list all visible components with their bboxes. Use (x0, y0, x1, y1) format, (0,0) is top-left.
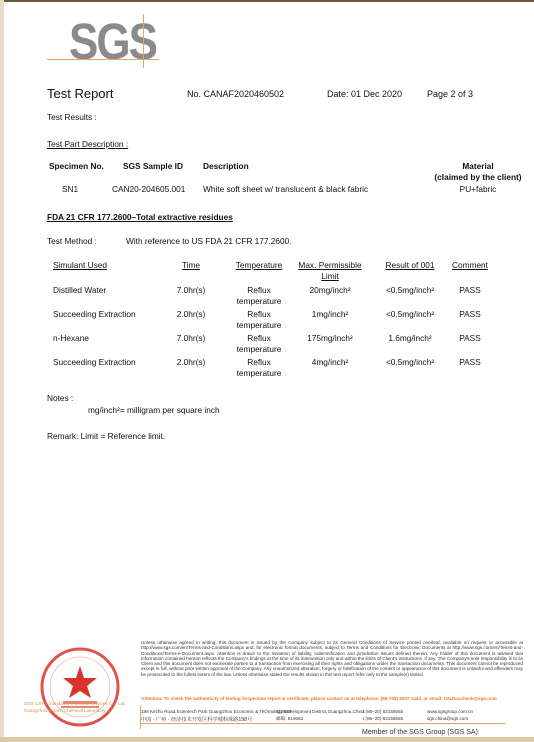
sgs-group-membership: Member of the SGS Group (SGS SA) (362, 729, 478, 736)
test-part-description-heading: Test Part Description : (47, 139, 128, 149)
cell-temperature-cont: temperature (223, 344, 295, 354)
cell-temperature: Reflux (223, 285, 295, 295)
cell-simulant: Distilled Water (53, 285, 106, 295)
test-results-label: Test Results : (47, 112, 97, 122)
header-comment: Comment (440, 260, 500, 270)
sample-description: White soft sheet w/ translucent & black … (203, 184, 368, 194)
cell-result: <0.5mg/inch² (371, 309, 449, 319)
header-simulant: Simulant Used (53, 260, 107, 270)
telephone-1: t (86–20) 82155555 (363, 709, 403, 714)
test-method-value: With reference to US FDA 21 CFR 177.2600… (126, 236, 292, 246)
cell-simulant: Succeeding Extraction (53, 357, 136, 367)
page-indicator: Page 2 of 3 (427, 89, 473, 99)
cell-comment: PASS (440, 309, 500, 319)
cell-temperature: Reflux (223, 357, 295, 367)
report-title: Test Report (47, 86, 113, 101)
header-specimen-no: Specimen No. (49, 161, 104, 171)
postcode-english: 510663 (276, 709, 291, 714)
header-time: Time (170, 260, 212, 270)
sample-id: CAN20-204605.001 (112, 184, 185, 194)
cell-max-limit: 1mg/inch² (290, 309, 370, 319)
cell-time: 2.0hr(s) (170, 309, 212, 319)
test-method-label: Test Method : (47, 236, 97, 246)
sample-material: PU+fabric (428, 184, 528, 194)
cell-result: 1.6mg/inch² (371, 333, 449, 343)
email-link[interactable]: sgs.china@sgs.com (427, 716, 468, 721)
cell-temperature-cont: temperature (223, 296, 295, 306)
cell-comment: PASS (440, 357, 500, 367)
report-number: No. CANAF2020460502 (187, 89, 284, 99)
address-chinese: 中国 · 广州 · 经济技术开发区科学城科珠路198号 (141, 716, 252, 723)
cell-time: 2.0hr(s) (170, 357, 212, 367)
cell-comment: PASS (440, 285, 500, 295)
header-material-note: (claimed by the client) (428, 172, 528, 182)
header-sgs-sample-id: SGS Sample ID (123, 161, 183, 171)
header-max-limit-2: Limit (290, 271, 370, 281)
left-border (0, 0, 4, 742)
specimen-no: SN1 (62, 184, 78, 194)
header-temperature: Temperature (223, 260, 295, 270)
cell-result: <0.5mg/inch² (371, 357, 449, 367)
report-date: Date: 01 Dec 2020 (327, 89, 402, 99)
cell-max-limit: 175mg/inch² (290, 333, 370, 343)
top-border (0, 0, 534, 2)
logo-rule-vertical (143, 14, 144, 68)
cell-temperature: Reflux (223, 309, 295, 319)
cell-temperature: Reflux (223, 333, 295, 343)
sgs-logo: SGS (47, 14, 159, 68)
header-material: Material (428, 161, 528, 171)
authenticity-notice: Attention: To check the authenticity of … (141, 696, 523, 701)
remark: Remark: Limit = Reference limit. (47, 431, 165, 441)
seal-company-line: SGS-CSTC Standards Technical Services Co… (24, 701, 126, 706)
footer-rule (141, 723, 506, 724)
cell-temperature-cont: temperature (223, 320, 295, 330)
bottom-border (0, 737, 534, 742)
cell-time: 7.0hr(s) (170, 333, 212, 343)
cell-result: <0.5mg/inch² (371, 285, 449, 295)
cell-comment: PASS (440, 333, 500, 343)
cell-simulant: n-Hexane (53, 333, 89, 343)
cell-simulant: Succeeding Extraction (53, 309, 136, 319)
company-seal-icon (39, 646, 121, 728)
postcode-chinese: 邮编: 510663 (276, 716, 303, 722)
legal-disclaimer: Unless otherwise agreed in writing, this… (141, 640, 523, 677)
header-result: Result of 001 (371, 260, 449, 270)
address-english: 198 Kezhu Road,Scientech Park Guangzhou … (141, 709, 365, 714)
header-description: Description (203, 161, 249, 171)
notes-label: Notes : (47, 393, 73, 403)
cell-temperature-cont: temperature (223, 368, 295, 378)
cell-max-limit: 20mg/inch² (290, 285, 370, 295)
header-max-limit: Max. Permissible (290, 260, 370, 270)
telephone-2: t (86–20) 82155555 (363, 716, 403, 721)
cell-time: 7.0hr(s) (170, 285, 212, 295)
seal-laboratory-line: Guangzhou Branch Chemical Laboratory (24, 708, 106, 713)
notes-text: mg/inch²= milligram per square inch (88, 405, 220, 415)
website-link[interactable]: www.sgsgroup.com.cn (427, 709, 473, 714)
cell-max-limit: 4mg/inch² (290, 357, 370, 367)
fda-section-title: FDA 21 CFR 177.2600–Total extractive res… (47, 212, 233, 222)
